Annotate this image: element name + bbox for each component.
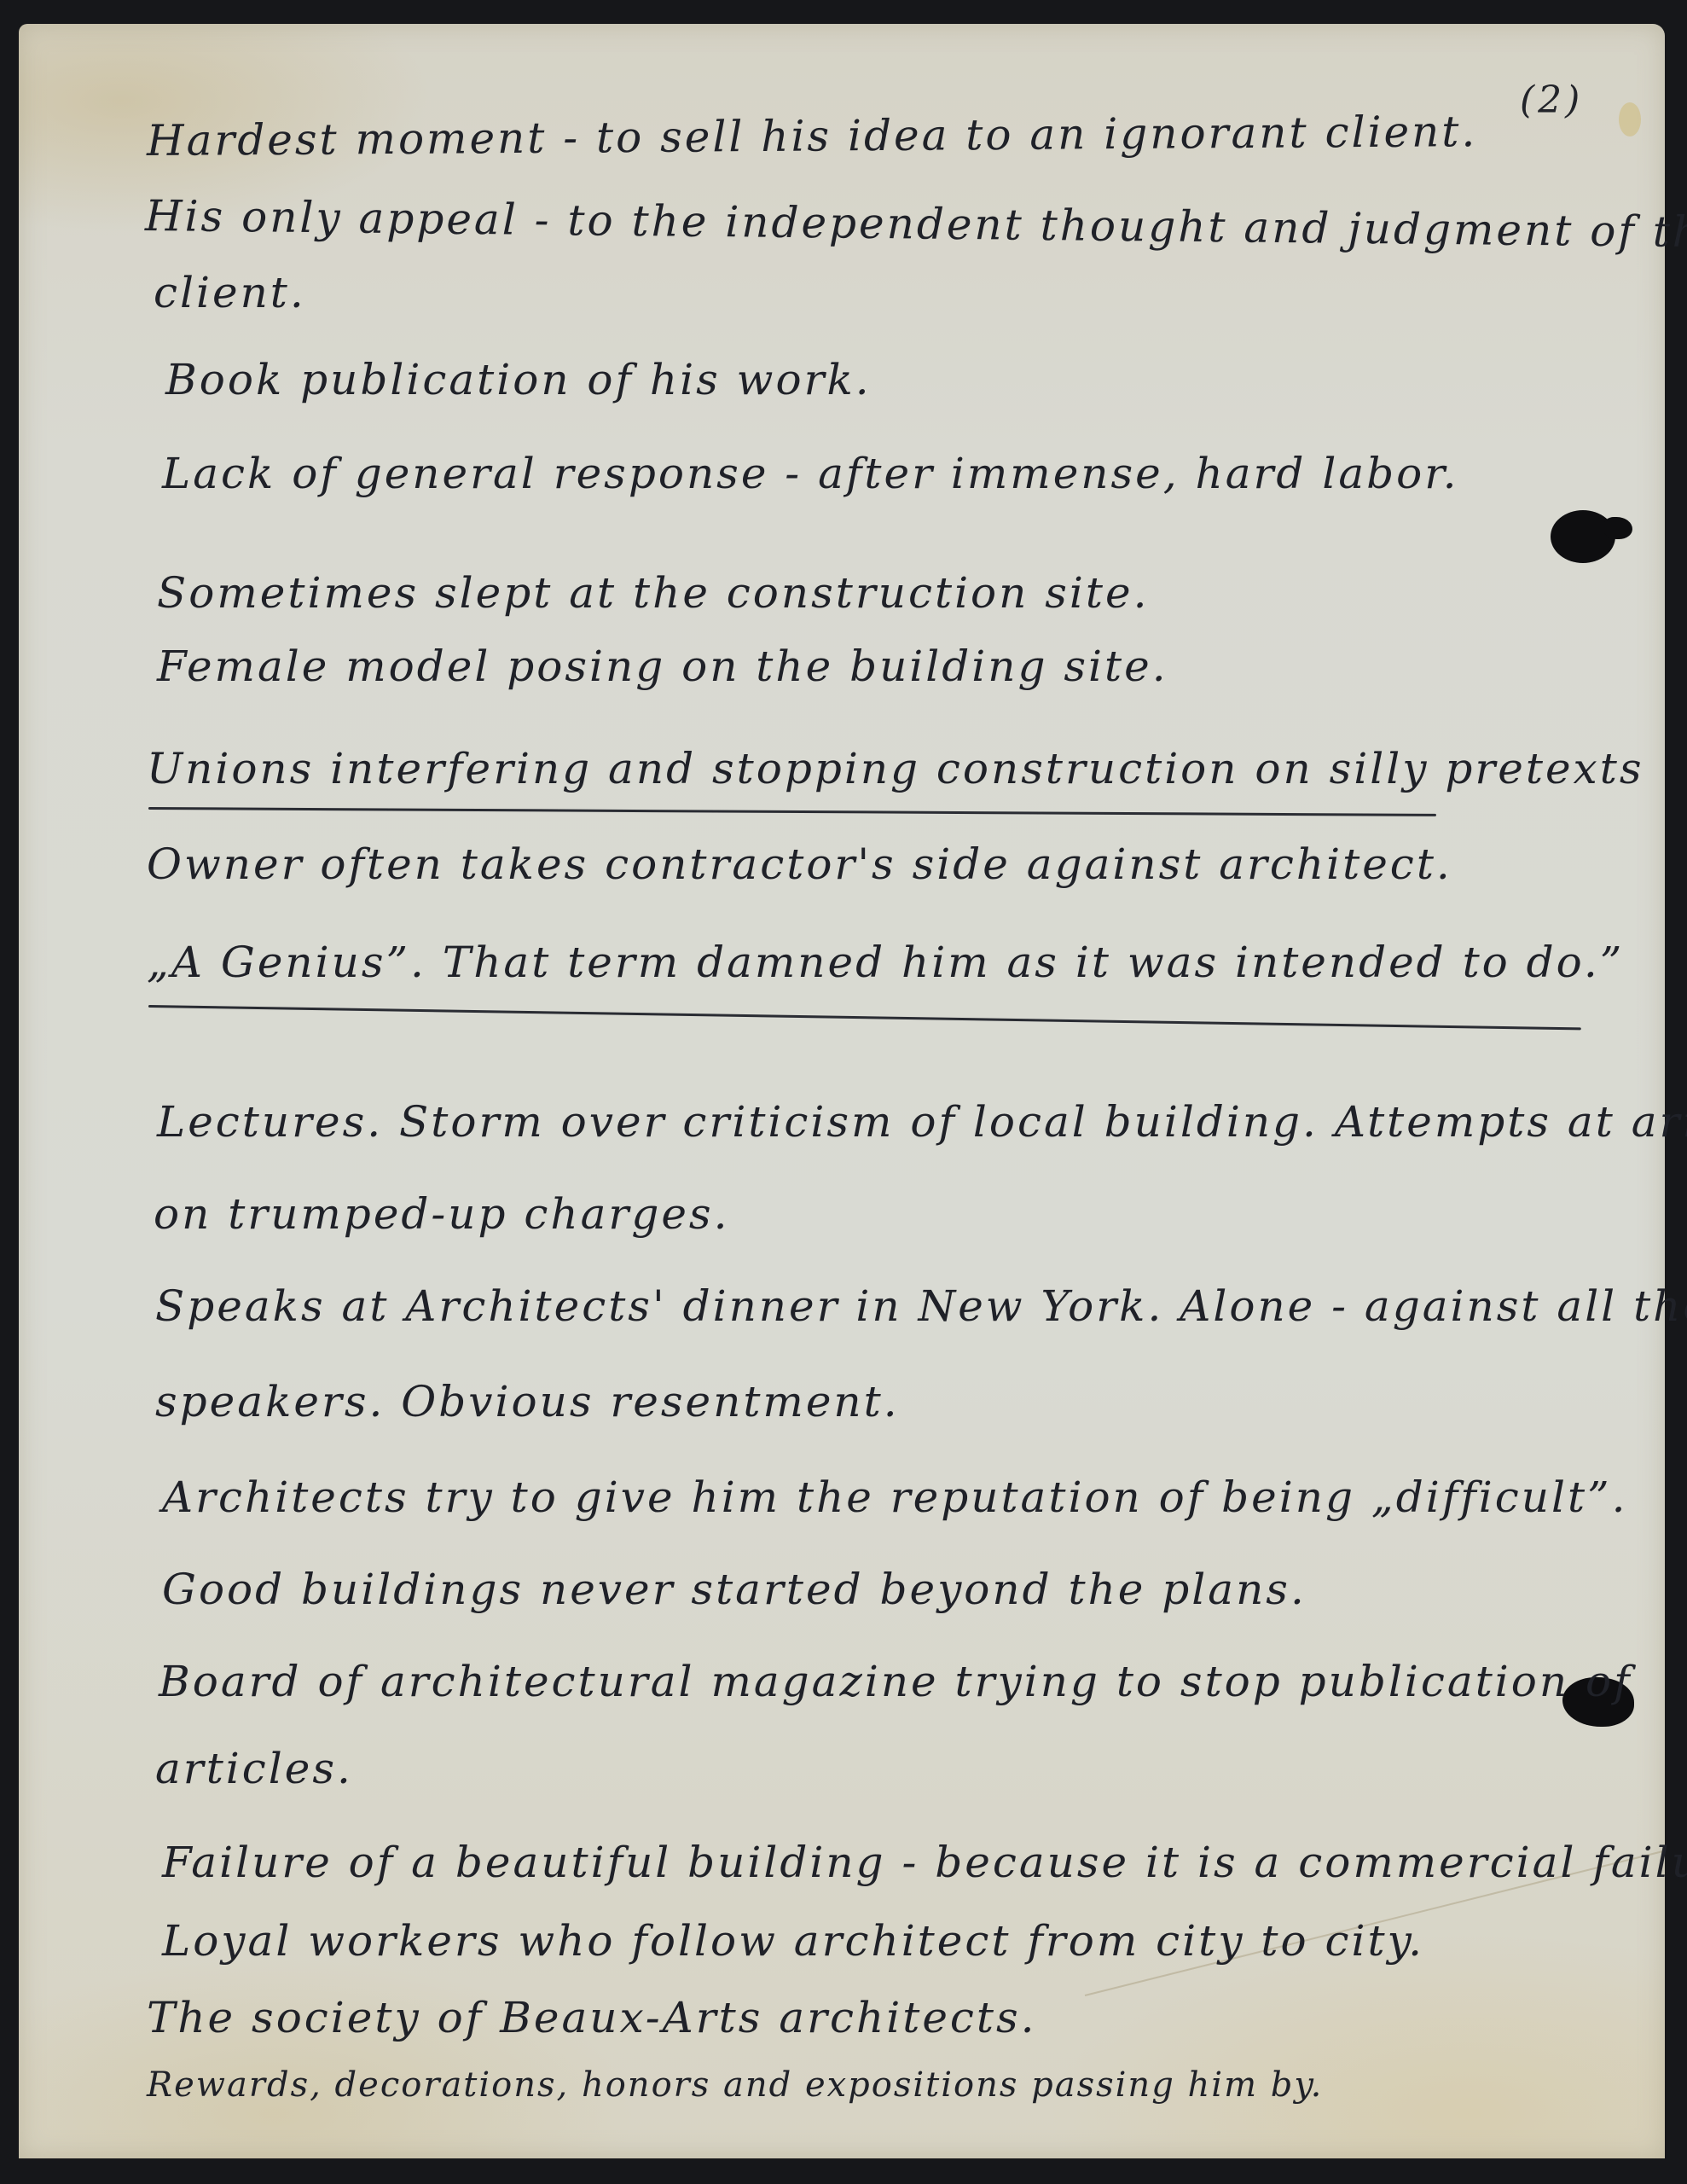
handwritten-line: client. — [154, 271, 306, 314]
handwritten-line: The society of Beaux-Arts architects. — [147, 1996, 1037, 2039]
underline-stroke — [148, 1005, 1581, 1030]
handwritten-line: speakers. Obvious resentment. — [155, 1380, 900, 1423]
page-number: (2) — [1520, 78, 1583, 122]
punch-hole-top — [1551, 510, 1615, 563]
handwritten-line: Lectures. Storm over criticism of local … — [157, 1101, 1687, 1143]
handwritten-line-underlined: Unions interfering and stopping construc… — [147, 747, 1644, 790]
handwritten-line: Owner often takes contractor's side agai… — [147, 843, 1452, 886]
manuscript-page: (2) Hardest moment - to sell his idea to… — [19, 24, 1665, 2158]
punch-hole-top-tear — [1603, 517, 1632, 539]
handwritten-line: Failure of a beautiful building - becaus… — [162, 1841, 1687, 1884]
handwritten-line: Sometimes slept at the construction site… — [157, 572, 1149, 614]
handwritten-line: articles. — [155, 1747, 353, 1790]
handwritten-line: Book publication of his work. — [165, 358, 872, 401]
handwritten-line: Hardest moment - to sell his idea to an … — [147, 110, 1477, 162]
handwritten-line: on trumped-up charges. — [154, 1193, 729, 1235]
handwritten-line: Loyal workers who follow architect from … — [162, 1920, 1424, 1962]
handwritten-line: Female model posing on the building site… — [157, 645, 1168, 688]
handwritten-line: Architects try to give him the reputatio… — [162, 1476, 1628, 1519]
underline-stroke — [148, 807, 1436, 816]
handwritten-line: Good buildings never started beyond the … — [162, 1568, 1307, 1611]
handwritten-line: His only appeal - to the independent tho… — [145, 195, 1687, 253]
handwritten-line: Speaks at Architects' dinner in New York… — [155, 1285, 1687, 1327]
handwritten-line: Rewards, decorations, honors and exposit… — [147, 2068, 1323, 2102]
handwritten-line: Lack of general response - after immense… — [162, 452, 1459, 495]
handwritten-line: Board of architectural magazine trying t… — [159, 1660, 1632, 1703]
handwritten-line-underlined: „A Genius”. That term damned him as it w… — [147, 941, 1624, 984]
paper-stain — [1619, 102, 1641, 136]
